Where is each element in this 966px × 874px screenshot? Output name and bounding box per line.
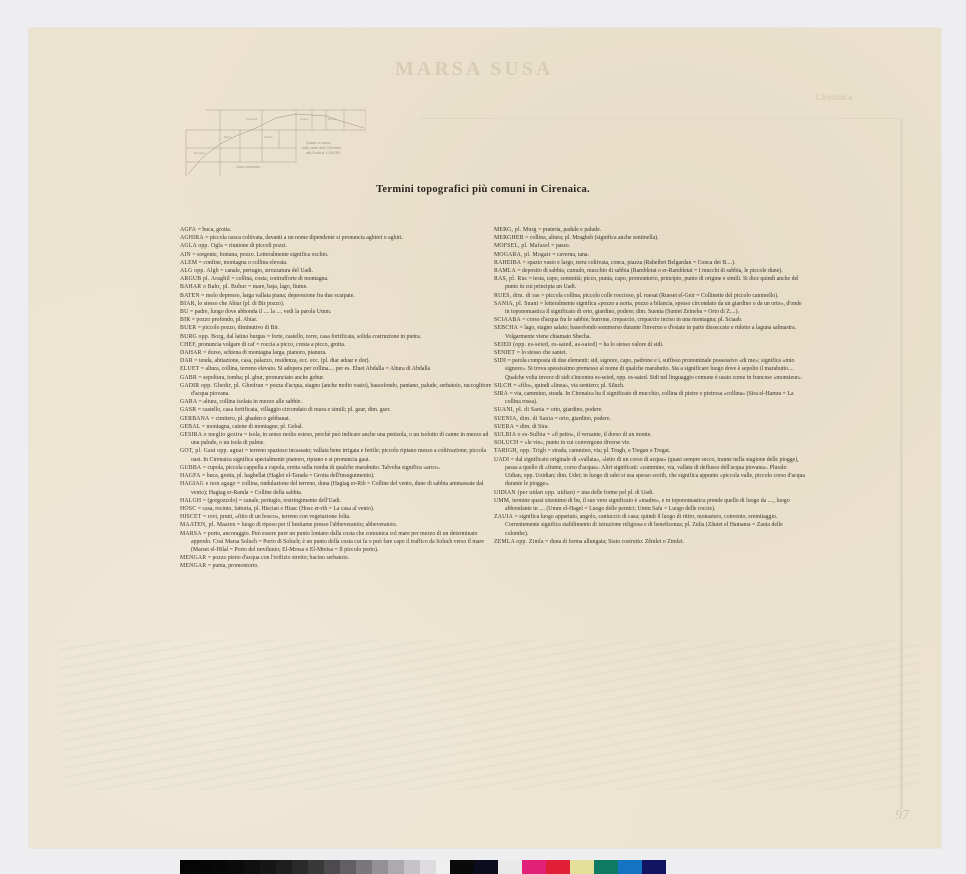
glossary-definition: = sorgente, fontana, pozzo. Letteralment… xyxy=(191,252,329,258)
glossary-term: AGHIRA xyxy=(180,235,204,241)
glossary-term: SANIA, pl. Suani xyxy=(494,301,538,307)
glossary-entry: GADIR opp. Ghedir, pl. Ghedran = pozza d… xyxy=(180,382,492,398)
glossary-definition: = piccola oasca coltivata, davanti a un … xyxy=(204,235,403,241)
glossary-entry: GOT, pl. Gaut opp. agnat = terreno spazi… xyxy=(180,447,492,463)
glossary-entry: GESIRA o meglio gezira = isola, in senso… xyxy=(180,431,492,447)
glossary-term: UIDIAN (per uidan opp. uidian) xyxy=(494,490,575,496)
glossary-definition: = «le vie», punto in cui convergono dive… xyxy=(518,440,630,446)
glossary-term: UMM, xyxy=(494,498,511,504)
glossary-term: CHEF, xyxy=(180,342,197,348)
glossary-term: MENGAR xyxy=(180,555,206,561)
glossary-term: MOFSEL, pl. Mafasel xyxy=(494,243,550,249)
color-swatch xyxy=(260,860,276,874)
glossary-definition: = «il petto», il versante, il dorso di u… xyxy=(546,432,652,438)
svg-text:Slonta: Slonta xyxy=(264,135,273,139)
glossary-definition: = tenda, abitazione, casa, palazzo, resi… xyxy=(193,358,370,364)
glossary-entry: BU = padre, luogo dove abbonda il .... l… xyxy=(180,308,492,316)
glossary-term: BUER xyxy=(180,325,196,331)
glossary-definition: = prateria, padule e palude. xyxy=(537,227,602,233)
glossary-entry: HISCET = rovi, pruni, «fitto di un bosco… xyxy=(180,513,492,521)
glossary-definition: = dal significato originale di «vallata»… xyxy=(505,457,805,488)
color-swatch xyxy=(498,860,522,874)
glossary-definition: = mare, baja, lago, fiume. xyxy=(247,284,308,290)
glossary-term: MERG, pl. Murg xyxy=(494,227,537,233)
glossary-entry: HAGFA = buca, grotta, pl. haghellat (Hag… xyxy=(180,472,492,480)
glossary-definition: = piccolo pozzo, diminutivo di Bir. xyxy=(196,325,279,331)
glossary-definition: = castello, casa fortificata, villaggio … xyxy=(196,407,390,413)
glossary-definition: = cupola, piccola cappella a cupola, ere… xyxy=(201,465,440,471)
glossary-term: GUBBA xyxy=(180,465,201,471)
glossary-definition: = cimitero, pl. gbaden o gebbanat. xyxy=(209,416,290,422)
glossary-definition: = montagna, catene di montagne; pl. Geba… xyxy=(200,424,303,430)
color-swatch xyxy=(244,860,260,874)
glossary-definition: = significa luogo appartato, angolo, can… xyxy=(505,514,783,536)
svg-text:Carte comunale...: Carte comunale... xyxy=(236,165,263,169)
show-through-header: MARSA SUSA xyxy=(395,58,553,81)
glossary-term: SIRA xyxy=(494,391,508,397)
glossary-term: GABR xyxy=(180,375,197,381)
glossary-entry: AIN = sorgente, fontana, pozzo. Letteral… xyxy=(180,251,492,259)
color-calibration-bar xyxy=(180,860,666,874)
glossary-term: GERBANA xyxy=(180,416,209,422)
glossary-definition: = canale, pertugio, strozzatura del Uadi… xyxy=(219,268,313,274)
glossary-definition: = casa, recinto, fattoria, pl. Hiscian e… xyxy=(196,506,374,512)
glossary-term: DAHAR xyxy=(180,350,202,356)
glossary-definition: = collina, altura; pl. Mragheb (signific… xyxy=(524,235,659,241)
glossary-definition: = punta, promontorio. xyxy=(206,563,258,569)
glossary-entry: SEIED (opp. es-seied, es-saied, as-saied… xyxy=(494,341,806,349)
glossary-term: BIAR, xyxy=(180,301,196,307)
color-swatch xyxy=(308,860,324,874)
glossary-entry: SIRA = via, cammino, strada. In Cirenaic… xyxy=(494,390,806,406)
glossary-entry: HAGIAG e non agage = collina, ondulazion… xyxy=(180,480,492,496)
glossary-term: BAHAR o Bahr, pl. Buhur xyxy=(180,284,247,290)
glossary-entry: SENIET = lo stesso che saniet. xyxy=(494,349,806,357)
glossary-entry: AGLA opp. Ogla = riunione di piccoli poz… xyxy=(180,242,492,250)
glossary-entry: BATEN = molo depresso, larga vallata pia… xyxy=(180,292,492,300)
glossary-entry: UADI = dal significato originale di «val… xyxy=(494,456,806,489)
glossary-entry: AGHIRA = piccola oasca coltivata, davant… xyxy=(180,234,492,242)
color-swatch xyxy=(212,860,228,874)
glossary-term: GADIR opp. Ghedir, pl. Ghedran xyxy=(180,383,264,389)
glossary-definition: = riunione di piccoli pozzi. xyxy=(223,243,287,249)
glossary-term: SILCH xyxy=(494,383,512,389)
glossary-term: RAHEIBA xyxy=(494,260,521,266)
glossary-entry: HALGH = (gorgozzolo) = canale, pertugio,… xyxy=(180,497,492,505)
color-swatch xyxy=(372,860,388,874)
index-map-diagram: Tolmeita Cirene Derna Barce Slonta Benga… xyxy=(176,104,366,176)
show-through-subheader: Cirenaica xyxy=(815,92,852,102)
glossary-term: RAMLA xyxy=(494,268,516,274)
glossary-definition: lo stesso che Abiar (pl. di Bir pozzo). xyxy=(196,301,284,307)
glossary-definition: = «filo», quindi «linea», via sentiero; … xyxy=(512,383,625,389)
glossary-definition: = ha lo stesso valore di sidi. xyxy=(597,342,663,348)
glossary-term: MENGAR xyxy=(180,563,206,569)
glossary-entry: BIR = pozzo profondo, pl. Abiar. xyxy=(180,316,492,324)
glossary-definition: = (gorgozzolo) = canale, pertugio, restr… xyxy=(201,498,341,504)
glossary-definition: = testa, capo, sommità; picco, punta, ca… xyxy=(505,276,799,290)
color-swatch xyxy=(228,860,244,874)
glossary-term: SEIED (opp. es-seied, es-saied, as-saied… xyxy=(494,342,597,348)
glossary-definition: = porto, ancoraggio. Può essere pure un … xyxy=(191,531,484,553)
glossary-definition: = lo stesso che saniet. xyxy=(515,350,567,356)
pencil-annotation: 97 xyxy=(895,808,909,824)
glossary-definition: = duna di forma allungata; Stato costrut… xyxy=(544,539,684,545)
glossary-entry: ZAUIA = significa luogo appartato, angol… xyxy=(494,513,806,538)
glossary-entry: TARIGH, opp. Trigh = strada, cammino, vi… xyxy=(494,447,806,455)
color-swatch xyxy=(450,860,474,874)
glossary-entry: GARA = altura, collina isolata in mezzo … xyxy=(180,398,492,406)
glossary-term: SEBCHA xyxy=(494,325,518,331)
color-swatch xyxy=(356,860,372,874)
glossary-term: GASR xyxy=(180,407,196,413)
glossary-term: AGFA xyxy=(180,227,196,233)
svg-text:Cirene: Cirene xyxy=(300,117,309,121)
glossary-definition: = passo. xyxy=(550,243,571,249)
glossary-entry: SANIA, pl. Suani = letteralmente signifi… xyxy=(494,300,806,316)
glossary-term: MOGARA, pl. Mogair xyxy=(494,252,551,258)
glossary-definition: = orto, giardino, podere. xyxy=(545,407,603,413)
document-title: Termini topografici più comuni in Cirena… xyxy=(0,184,966,195)
glossary-term: MAATEN, pl. Maaten xyxy=(180,522,235,528)
glossary-definition: = corso d'acqua fra le sabbie; burrone, … xyxy=(521,317,742,323)
svg-text:Bengasi: Bengasi xyxy=(194,151,205,155)
glossary-definition: = altura, collina isolata in mezzo alle … xyxy=(197,399,302,405)
glossary-entry: BAHAR o Bahr, pl. Buhur = mare, baja, la… xyxy=(180,283,492,291)
glossary-term: AIN xyxy=(180,252,191,258)
glossary-entry: AGFA = buca, grotta. xyxy=(180,226,492,234)
glossary-term: SUERA xyxy=(494,424,514,430)
glossary-entry: SUENIA, dim. di Sania = orto, giardino, … xyxy=(494,415,806,423)
color-swatch xyxy=(404,860,420,874)
glossary-term: BIR xyxy=(180,317,190,323)
glossary-entry: MOFSEL, pl. Mafasel = passo. xyxy=(494,242,806,250)
glossary-definition: = collina, ondulazione del terreno, duna… xyxy=(191,481,483,495)
glossary-definition: = rovi, pruni, «fitto di un bosco», terr… xyxy=(202,514,351,520)
glossary-definition: = orto, giardino, podere. xyxy=(553,416,611,422)
glossary-term: SULBIA o es-Sulbia xyxy=(494,432,546,438)
glossary-entry: MERGHEB = collina, altura; pl. Mragheb (… xyxy=(494,234,806,242)
glossary-term: BURG opp. Borg, xyxy=(180,334,225,340)
glossary-definition: = spazio vasto e largo, terra coltivata,… xyxy=(521,260,735,266)
glossary-entry: ARGUB pl. Araghil = collina, costa, cont… xyxy=(180,275,492,283)
glossary-entry: HOSC = casa, recinto, fattoria, pl. Hisc… xyxy=(180,505,492,513)
glossary-definition: = lago, stagno salato; bassofondo sommer… xyxy=(505,325,796,339)
glossary-entry: SULBIA o es-Sulbia = «il petto», il vers… xyxy=(494,431,806,439)
glossary-term: ARGUB pl. Araghil xyxy=(180,276,230,282)
glossary-term: RUES, dim. di ras xyxy=(494,293,540,299)
glossary-definition: = pozzo pieno d'acqua con l'orifizio str… xyxy=(206,555,349,561)
glossary-entry: RUES, dim. di ras = piccola collina, pic… xyxy=(494,292,806,300)
glossary-definition: termine quasi sinonimo di bu, il suo ver… xyxy=(505,498,790,512)
color-swatch xyxy=(340,860,356,874)
glossary-definition: = padre, luogo dove abbonda il .... la .… xyxy=(188,309,331,315)
glossary-column-left: AGFA = buca, grotta.AGHIRA = piccola oas… xyxy=(180,226,492,571)
glossary-definition: pronuncia volgare di caf = roccia a picc… xyxy=(197,342,346,348)
glossary-entry: MAATEN, pl. Maaten = luogo di riposo per… xyxy=(180,521,492,529)
glossary-entry: SCIAABA = corso d'acqua fra le sabbie; b… xyxy=(494,316,806,324)
color-swatch xyxy=(180,860,196,874)
glossary-entry: SOLUCH = «le vie», punto in cui convergo… xyxy=(494,439,806,447)
svg-text:Quadro d'unione: Quadro d'unione xyxy=(306,141,331,145)
glossary-entry: BIAR, lo stesso che Abiar (pl. di Bir po… xyxy=(180,300,492,308)
glossary-entry: MENGAR = punta, promontorio. xyxy=(180,562,492,570)
glossary-entry: RAMLA = deposito di sabbia, cumulo, mucc… xyxy=(494,267,806,275)
glossary-entry: SUERA = dim. di Sira. xyxy=(494,423,806,431)
glossary-term: ELUET xyxy=(180,366,199,372)
glossary-term: ALEM xyxy=(180,260,197,266)
color-swatch xyxy=(196,860,212,874)
glossary-entry: BUER = piccolo pozzo, diminutivo di Bir. xyxy=(180,324,492,332)
glossary-term: HISCET xyxy=(180,514,202,520)
color-swatch xyxy=(642,860,666,874)
glossary-definition: = dorso, schiena di montagna larga, pian… xyxy=(202,350,327,356)
glossary-entry: DAR = tenda, abitazione, casa, palazzo, … xyxy=(180,357,492,365)
glossary-definition: = confine, montagna o collina elevata. xyxy=(197,260,287,266)
glossary-entry: ALEM = confine, montagna o collina eleva… xyxy=(180,259,492,267)
glossary-entry: RAHEIBA = spazio vasto e largo, terra co… xyxy=(494,259,806,267)
glossary-definition: = strada, cammino, via; pl. Trugh, o Tre… xyxy=(546,448,670,454)
glossary-term: BATEN xyxy=(180,293,200,299)
glossary-definition: = parola composta di due elementi: sid, … xyxy=(505,358,802,380)
glossary-entry: SEBCHA = lago, stagno salato; bassofondo… xyxy=(494,324,806,340)
glossary-definition: = collina, costa, contrafforte di montag… xyxy=(230,276,329,282)
glossary-entry: GEBAL = montagna, catene di montagne; pl… xyxy=(180,423,492,431)
glossary-entry: MOGARA, pl. Mogair = caverna, tana. xyxy=(494,251,806,259)
glossary-term: MARSA xyxy=(180,531,202,537)
glossary-definition: = caverna, tana. xyxy=(551,252,589,258)
glossary-entry: UMM, termine quasi sinonimo di bu, il su… xyxy=(494,497,806,513)
glossary-definition: = dim. di Sira. xyxy=(514,424,549,430)
glossary-definition: = letteralmente significa «pozzo a noria… xyxy=(505,301,802,315)
glossary-entry: DAHAR = dorso, schiena di montagna larga… xyxy=(180,349,492,357)
svg-text:alla Scala di 1:100.000: alla Scala di 1:100.000 xyxy=(306,151,340,155)
glossary-term: GEBAL xyxy=(180,424,200,430)
glossary-entry: SILCH = «filo», quindi «linea», via sent… xyxy=(494,382,806,390)
color-swatch xyxy=(522,860,546,874)
color-swatch xyxy=(594,860,618,874)
glossary-term: HOSC xyxy=(180,506,196,512)
glossary-term: GARA xyxy=(180,399,197,405)
svg-text:Tolmeita: Tolmeita xyxy=(246,117,258,121)
glossary-term: SOLUCH xyxy=(494,440,518,446)
glossary-column-right: MERG, pl. Murg = prateria, padule e palu… xyxy=(494,226,806,546)
glossary-definition: dal latino burgus = forte, castello, tor… xyxy=(225,334,421,340)
glossary-term: TARIGH, opp. Trigh xyxy=(494,448,546,454)
svg-text:Derna: Derna xyxy=(328,117,337,121)
glossary-term: GOT, pl. Gaut opp. agnat xyxy=(180,448,243,454)
color-swatch xyxy=(276,860,292,874)
glossary-definition: = sepoltura, tomba; pl. gbur, pronunciat… xyxy=(197,375,324,381)
glossary-entry: ZEMLA opp. Zimla = duna di forma allunga… xyxy=(494,538,806,546)
glossary-term: AGLA opp. Ogla xyxy=(180,243,223,249)
glossary-entry: RAS, pl. Rus = testa, capo, sommità; pic… xyxy=(494,275,806,291)
color-swatch xyxy=(324,860,340,874)
glossary-definition: = molo depresso, larga vallata piana; de… xyxy=(200,293,355,299)
glossary-definition: = una delle forme pel pl. di Uadi. xyxy=(575,490,654,496)
glossary-term: ALG opp. Algh xyxy=(180,268,219,274)
glossary-entry: UIDIAN (per uidan opp. uidian) = una del… xyxy=(494,489,806,497)
glossary-term: HALGH xyxy=(180,498,201,504)
glossary-term: RAS, pl. Rus xyxy=(494,276,527,282)
color-swatch xyxy=(436,860,450,874)
glossary-term: SENIET xyxy=(494,350,515,356)
glossary-definition: = buca, grotta, pl. haghellat (Haglet el… xyxy=(201,473,375,479)
glossary-definition: = altura, collina, terreno elevato. Si a… xyxy=(199,366,430,372)
glossary-entry: SUANI, pl. di Sania = orto, giardino, po… xyxy=(494,406,806,414)
glossary-definition: = buca, grotta. xyxy=(196,227,231,233)
glossary-entry: GUBBA = cupola, piccola cappella a cupol… xyxy=(180,464,492,472)
glossary-definition: = deposito di sabbia, cumulo, mucchio di… xyxy=(516,268,783,274)
glossary-entry: ELUET = altura, collina, terreno elevato… xyxy=(180,365,492,373)
glossary-entry: CHEF, pronuncia volgare di caf = roccia … xyxy=(180,341,492,349)
glossary-term: HAGIAG e non agage xyxy=(180,481,236,487)
glossary-term: HAGFA xyxy=(180,473,201,479)
color-swatch xyxy=(618,860,642,874)
color-swatch xyxy=(388,860,404,874)
color-swatch xyxy=(292,860,308,874)
glossary-entry: MERG, pl. Murg = prateria, padule e palu… xyxy=(494,226,806,234)
color-swatch xyxy=(420,860,436,874)
show-through-terrain xyxy=(60,640,920,790)
glossary-term: GESIRA o meglio gezira xyxy=(180,432,243,438)
glossary-entry: SIDI = parola composta di due elementi: … xyxy=(494,357,806,382)
color-swatch xyxy=(546,860,570,874)
color-swatch xyxy=(570,860,594,874)
glossary-entry: MENGAR = pozzo pieno d'acqua con l'orifi… xyxy=(180,554,492,562)
svg-text:delle carte della Cirenaica: delle carte della Cirenaica xyxy=(302,146,341,150)
glossary-definition: = piccola collina, piccolo colle roccios… xyxy=(540,293,779,299)
glossary-term: ZEMLA opp. Zimla xyxy=(494,539,544,545)
glossary-term: SIDI xyxy=(494,358,506,364)
glossary-entry: GASR = castello, casa fortificata, villa… xyxy=(180,406,492,414)
glossary-term: MERGHEB xyxy=(494,235,524,241)
glossary-term: SUENIA, dim. di Sania xyxy=(494,416,553,422)
glossary-entry: GERBANA = cimitero, pl. gbaden o gebbana… xyxy=(180,415,492,423)
glossary-term: SUANI, pl. di Sania xyxy=(494,407,545,413)
glossary-entry: GABR = sepoltura, tomba; pl. gbur, pronu… xyxy=(180,374,492,382)
glossary-entry: BURG opp. Borg, dal latino burgus = fort… xyxy=(180,333,492,341)
glossary-definition: = via, cammino, strada. In Cirenaica ha … xyxy=(505,391,794,405)
glossary-term: UADI xyxy=(494,457,509,463)
glossary-term: ZAUIA xyxy=(494,514,513,520)
glossary-term: DAR xyxy=(180,358,193,364)
glossary-definition: = luogo di riposo per il bestiame presso… xyxy=(235,522,397,528)
svg-text:Barce: Barce xyxy=(224,135,232,139)
glossary-entry: ALG opp. Algh = canale, pertugio, strozz… xyxy=(180,267,492,275)
color-swatch xyxy=(474,860,498,874)
glossary-entry: MARSA = porto, ancoraggio. Può essere pu… xyxy=(180,530,492,555)
glossary-term: SCIAABA xyxy=(494,317,521,323)
glossary-definition: = pozzo profondo, pl. Abiar. xyxy=(190,317,257,323)
